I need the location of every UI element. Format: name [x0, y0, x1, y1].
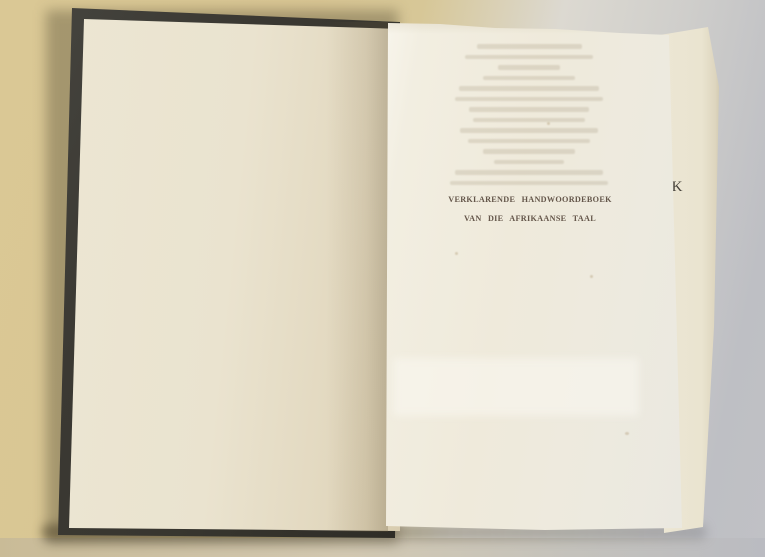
show-through-line [498, 65, 560, 70]
show-through-line [483, 149, 575, 154]
show-through-line [455, 170, 603, 175]
show-through-line [468, 139, 590, 144]
title-line-1: VERKLARENDE HANDWOORDEBOEK [385, 190, 675, 209]
show-through-line [477, 44, 582, 49]
show-through-line [473, 118, 585, 123]
show-through-line [469, 107, 589, 112]
page-impression [393, 358, 639, 416]
title-line-2: VAN DIE AFRIKAANSE TAAL [385, 209, 675, 228]
show-through-line [483, 76, 575, 81]
foxing-speck [625, 432, 629, 435]
foxing-speck [455, 252, 458, 255]
gutter-fold-shadow [326, 22, 388, 532]
title-page: VERKLARENDE HANDWOORDEBOEK VAN DIE AFRIK… [385, 20, 685, 536]
book-title: VERKLARENDE HANDWOORDEBOEK VAN DIE AFRIK… [385, 190, 675, 228]
foxing-speck [590, 275, 593, 278]
show-through-line [460, 128, 598, 133]
show-through-line [455, 97, 603, 102]
show-through-line [494, 160, 564, 165]
show-through-line [459, 86, 599, 91]
show-through-line [450, 181, 608, 186]
show-through-text [385, 44, 673, 191]
show-through-line [465, 55, 593, 60]
book-photograph: EK VERKLARENDE HANDWOORDEBOEK VAN DIE AF… [0, 0, 765, 557]
foxing-speck [547, 122, 550, 125]
